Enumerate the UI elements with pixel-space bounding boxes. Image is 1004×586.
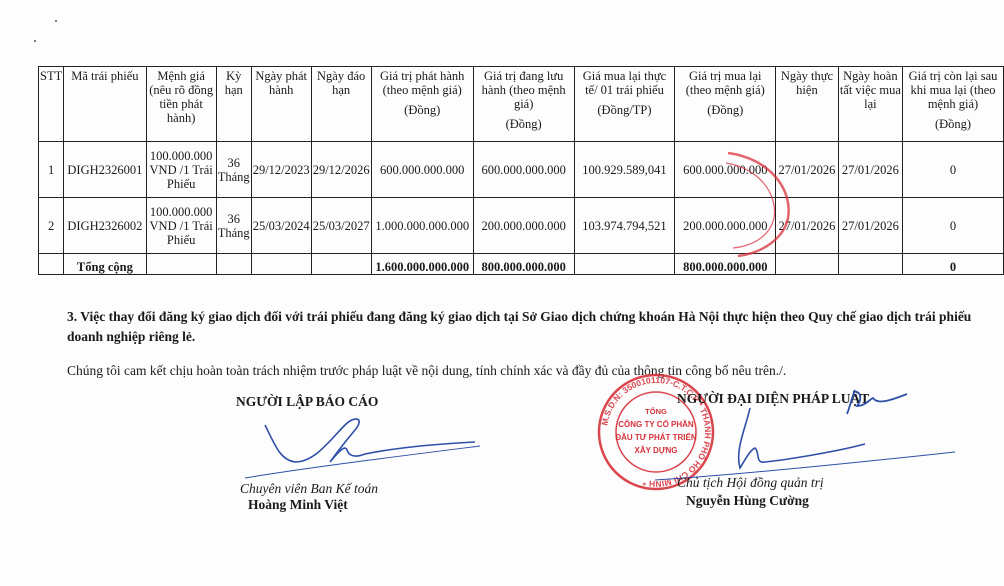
cell-stt: 2 bbox=[39, 198, 64, 254]
table-total-row: Tổng cộng 1.600.000.000.000 800.000.000.… bbox=[39, 254, 1004, 275]
cell-outstanding-value: 200.000.000.000 bbox=[473, 198, 574, 254]
preparer-title: NGƯỜI LẬP BÁO CÁO bbox=[236, 394, 378, 410]
section-3-paragraph: 3. Việc thay đổi đăng ký giao dịch đối v… bbox=[67, 307, 977, 347]
header-maturity-date: Ngày đáo hạn bbox=[311, 67, 371, 142]
header-face-value: Mệnh giá (nêu rõ đồng tiền phát hành) bbox=[146, 67, 216, 142]
cell-maturity-date: 29/12/2026 bbox=[311, 142, 371, 198]
header-buyback-price: Giá mua lại thực tế/ 01 trái phiếu(Đồng/… bbox=[574, 67, 675, 142]
legal-rep-signature-icon bbox=[655, 380, 915, 480]
table-header-row: STT Mã trái phiếu Mệnh giá (nêu rõ đồng … bbox=[39, 67, 1004, 142]
header-bond-code: Mã trái phiếu bbox=[64, 67, 146, 142]
header-term: Kỳ hạn bbox=[216, 67, 251, 142]
header-buyback-value: Giá trị mua lại (theo mệnh giá)(Đồng) bbox=[675, 67, 776, 142]
cell-remaining-value: 0 bbox=[903, 198, 1004, 254]
cell-face-value: 100.000.000 VND /1 Trái Phiếu bbox=[146, 198, 216, 254]
cell-maturity-date: 25/03/2027 bbox=[311, 198, 371, 254]
total-label: Tổng cộng bbox=[64, 254, 146, 275]
header-stt: STT bbox=[39, 67, 64, 142]
preparer-role: Chuyên viên Ban Kế toán bbox=[240, 481, 378, 497]
legal-rep-name: Nguyễn Hùng Cường bbox=[686, 493, 809, 509]
cell-remaining-value: 0 bbox=[903, 142, 1004, 198]
cell-empty bbox=[311, 254, 371, 275]
total-remaining-value: 0 bbox=[903, 254, 1004, 275]
preparer-signature-icon bbox=[245, 410, 485, 480]
total-issue-value: 1.600.000.000.000 bbox=[371, 254, 473, 275]
legal-rep-role: Chủ tịch Hội đồng quản trị bbox=[677, 475, 824, 491]
cell-issue-value: 1.000.000.000.000 bbox=[371, 198, 473, 254]
header-complete-date: Ngày hoàn tất việc mua lại bbox=[838, 67, 902, 142]
cell-bond-code: DIGH2326001 bbox=[64, 142, 146, 198]
total-outstanding-value: 800.000.000.000 bbox=[473, 254, 574, 275]
cell-issue-date: 25/03/2024 bbox=[251, 198, 311, 254]
bond-buyback-table: STT Mã trái phiếu Mệnh giá (nêu rõ đồng … bbox=[38, 66, 1004, 275]
table-row: 1 DIGH2326001 100.000.000 VND /1 Trái Ph… bbox=[39, 142, 1004, 198]
cell-issue-value: 600.000.000.000 bbox=[371, 142, 473, 198]
cell-buyback-price: 100.929.589,041 bbox=[574, 142, 675, 198]
cell-term: 36 Tháng bbox=[216, 142, 251, 198]
preparer-name: Hoàng Minh Việt bbox=[248, 497, 348, 513]
scan-speck bbox=[55, 20, 57, 22]
header-issue-value: Giá trị phát hành (theo mệnh giá)(Đồng) bbox=[371, 67, 473, 142]
cell-bond-code: DIGH2326002 bbox=[64, 198, 146, 254]
cell-face-value: 100.000.000 VND /1 Trái Phiếu bbox=[146, 142, 216, 198]
table-stamp-overlay-icon bbox=[718, 148, 808, 258]
cell-complete-date: 27/01/2026 bbox=[838, 142, 902, 198]
cell-empty bbox=[146, 254, 216, 275]
cell-issue-date: 29/12/2023 bbox=[251, 142, 311, 198]
scan-speck bbox=[34, 40, 36, 42]
header-exec-date: Ngày thực hiện bbox=[776, 67, 839, 142]
cell-stt: 1 bbox=[39, 142, 64, 198]
cell-empty bbox=[216, 254, 251, 275]
table-row: 2 DIGH2326002 100.000.000 VND /1 Trái Ph… bbox=[39, 198, 1004, 254]
cell-empty bbox=[838, 254, 902, 275]
cell-empty bbox=[574, 254, 675, 275]
header-outstanding-value: Giá trị đang lưu hành (theo mệnh giá)(Đồ… bbox=[473, 67, 574, 142]
header-remaining-value: Giá trị còn lại sau khi mua lại (theo mệ… bbox=[903, 67, 1004, 142]
cell-complete-date: 27/01/2026 bbox=[838, 198, 902, 254]
cell-buyback-price: 103.974.794,521 bbox=[574, 198, 675, 254]
cell-term: 36 Tháng bbox=[216, 198, 251, 254]
cell-outstanding-value: 600.000.000.000 bbox=[473, 142, 574, 198]
cell-empty bbox=[39, 254, 64, 275]
header-issue-date: Ngày phát hành bbox=[251, 67, 311, 142]
cell-empty bbox=[251, 254, 311, 275]
